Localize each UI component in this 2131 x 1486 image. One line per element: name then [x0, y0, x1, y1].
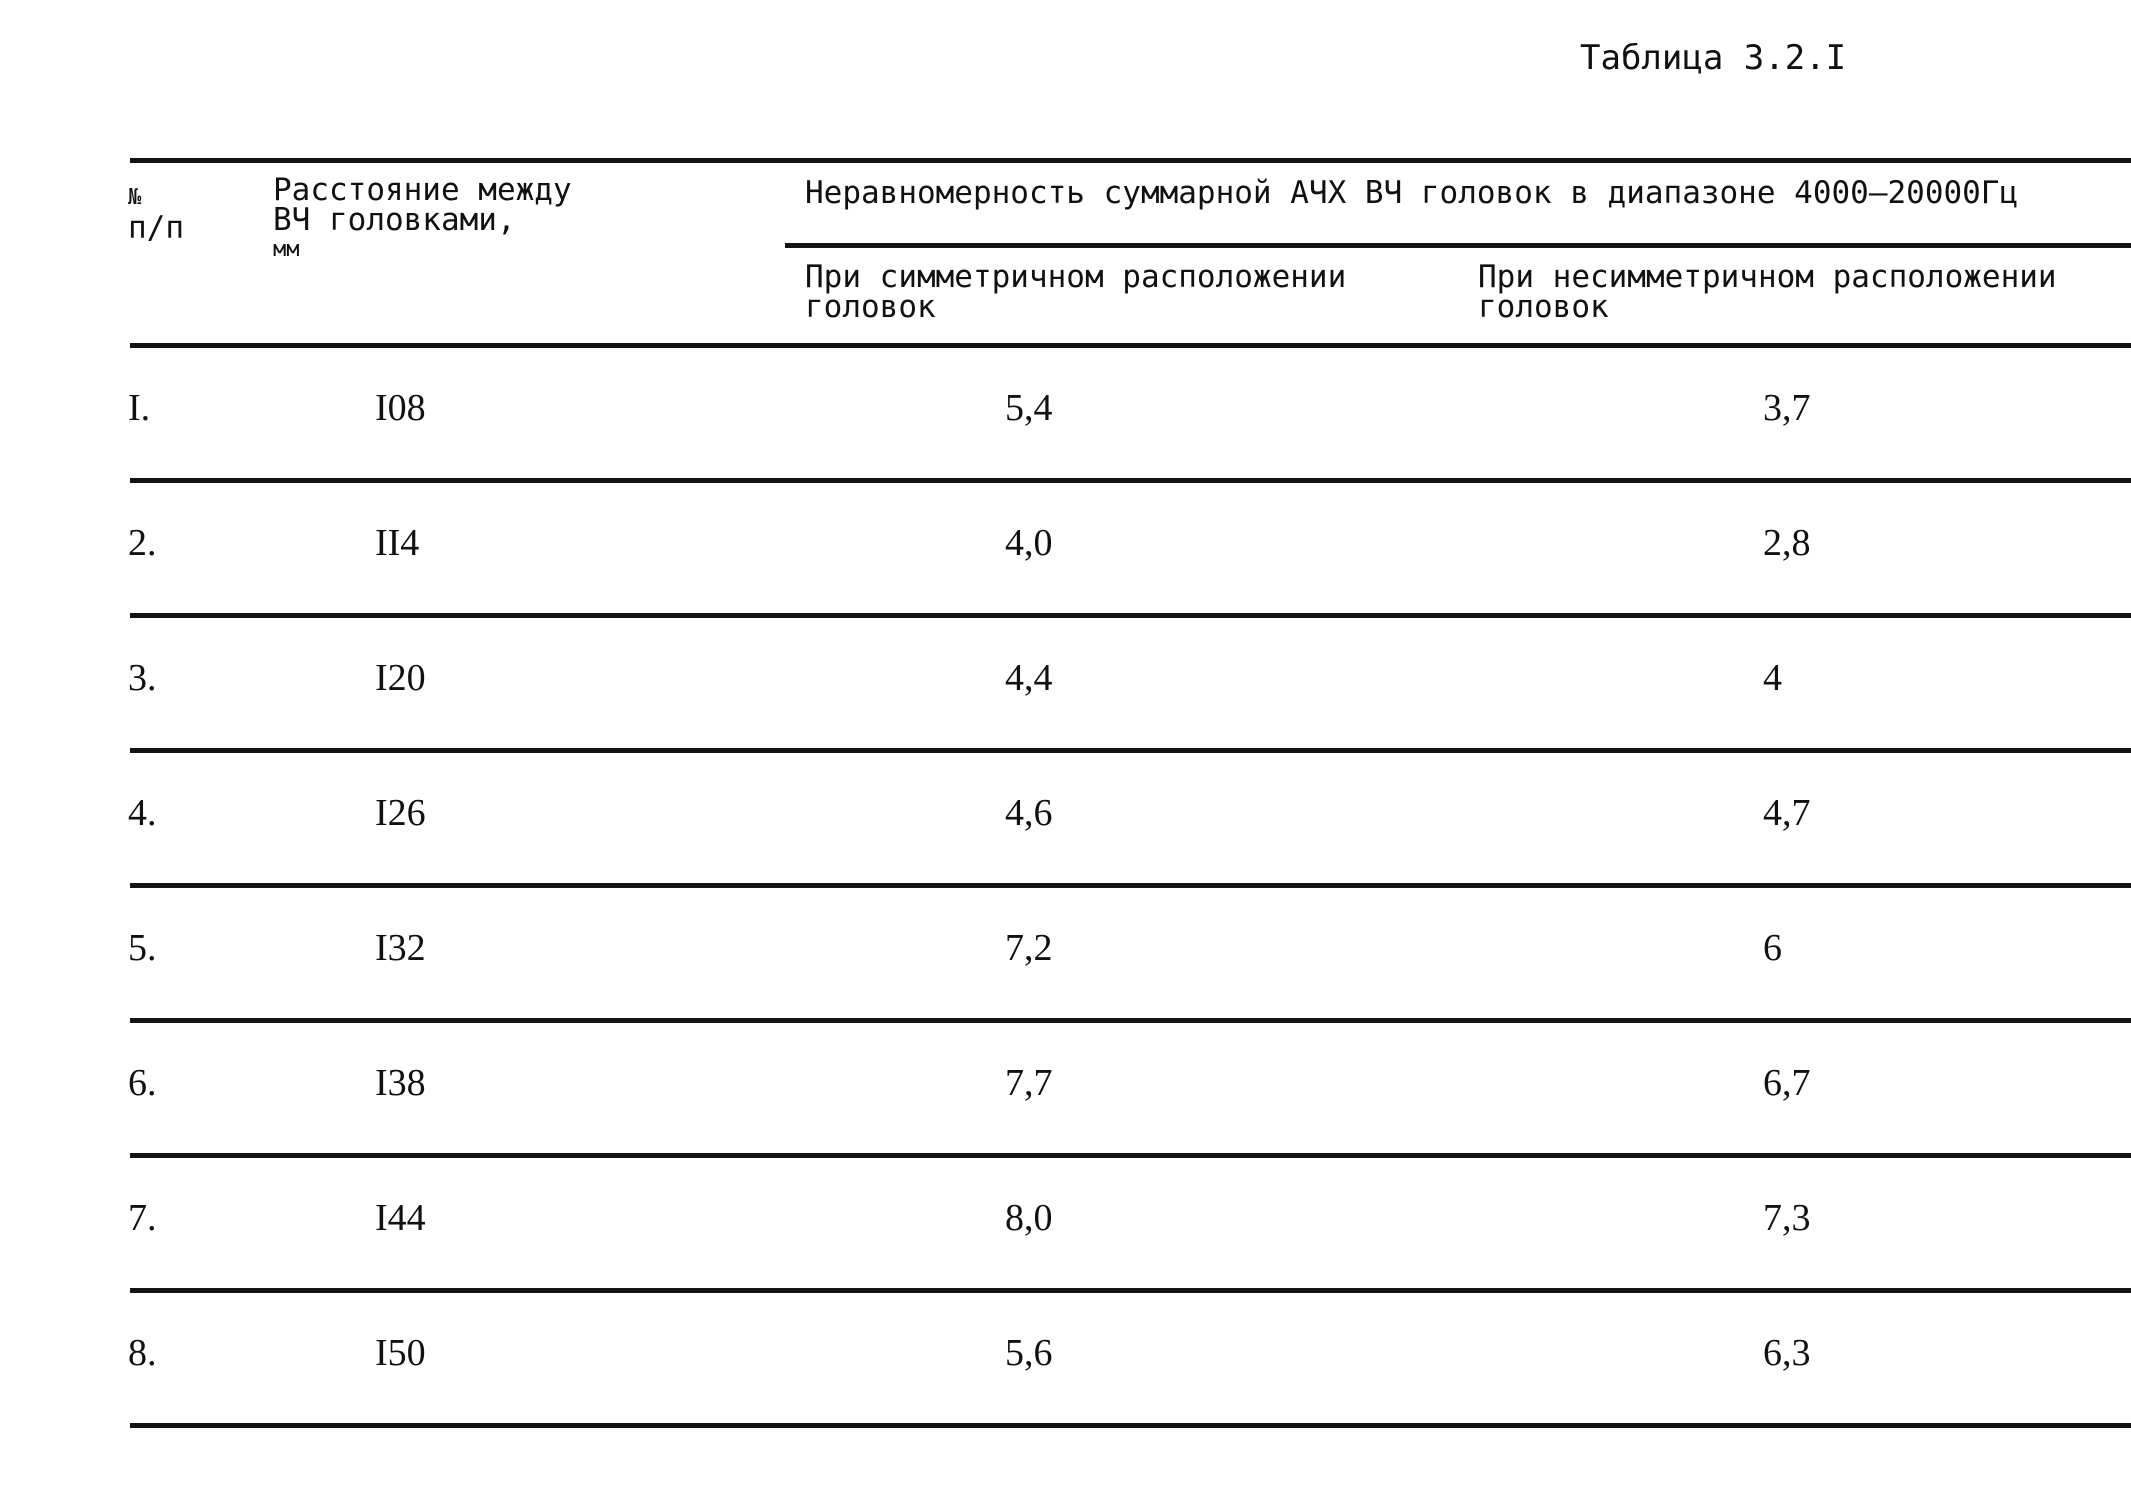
- header-index: № п/п: [128, 183, 184, 243]
- row-asymmetric-value: 6: [1763, 926, 1782, 970]
- row-asymmetric-value: 3,7: [1763, 386, 1811, 430]
- number-sign: №: [128, 183, 184, 213]
- row-distance: I26: [375, 791, 426, 835]
- header-group: Неравномерность суммарной АЧХ ВЧ головок…: [805, 178, 2018, 208]
- row-asymmetric-value: 7,3: [1763, 1196, 1811, 1240]
- row-distance: I08: [375, 386, 426, 430]
- row-distance: I20: [375, 656, 426, 700]
- row-index: 8.: [128, 1331, 157, 1375]
- table-caption: Таблица 3.2.I: [1580, 38, 1846, 78]
- row-symmetric-value: 5,4: [1005, 386, 1053, 430]
- row-distance: II4: [375, 521, 419, 565]
- header-distance-unit: мм: [273, 235, 572, 265]
- row-asymmetric-value: 2,8: [1763, 521, 1811, 565]
- row-index: 3.: [128, 656, 157, 700]
- row-asymmetric-value: 4: [1763, 656, 1782, 700]
- header-subgroup-rule: [785, 243, 2131, 248]
- row-rule: [130, 478, 2131, 483]
- row-index: 4.: [128, 791, 157, 835]
- header-asymmetric: При несимметричном расположении головок: [1478, 262, 2057, 322]
- row-rule: [130, 613, 2131, 618]
- row-rule: [130, 1153, 2131, 1158]
- header-symmetric-line1: При симметричном расположении: [805, 262, 1346, 292]
- row-index: I.: [128, 386, 150, 430]
- row-distance: I44: [375, 1196, 426, 1240]
- header-distance-line1: Расстояние между: [273, 175, 572, 205]
- row-index: 5.: [128, 926, 157, 970]
- table-top-rule: [130, 158, 2131, 163]
- row-symmetric-value: 4,0: [1005, 521, 1053, 565]
- header-distance: Расстояние между ВЧ головками, мм: [273, 175, 572, 265]
- row-symmetric-value: 8,0: [1005, 1196, 1053, 1240]
- row-symmetric-value: 7,7: [1005, 1061, 1053, 1105]
- row-rule: [130, 1423, 2131, 1428]
- header-symmetric-line2: головок: [805, 292, 1346, 322]
- row-distance: I50: [375, 1331, 426, 1375]
- header-symmetric: При симметричном расположении головок: [805, 262, 1346, 322]
- row-index: 7.: [128, 1196, 157, 1240]
- header-asymmetric-line2: головок: [1478, 292, 2057, 322]
- header-asymmetric-line1: При несимметричном расположении: [1478, 262, 2057, 292]
- row-symmetric-value: 4,6: [1005, 791, 1053, 835]
- header-index-pp: п/п: [128, 213, 184, 243]
- row-asymmetric-value: 6,7: [1763, 1061, 1811, 1105]
- row-symmetric-value: 5,6: [1005, 1331, 1053, 1375]
- row-distance: I38: [375, 1061, 426, 1105]
- row-rule: [130, 883, 2131, 888]
- row-symmetric-value: 7,2: [1005, 926, 1053, 970]
- row-asymmetric-value: 6,3: [1763, 1331, 1811, 1375]
- row-rule: [130, 1288, 2131, 1293]
- header-distance-line2: ВЧ головками,: [273, 205, 572, 235]
- row-distance: I32: [375, 926, 426, 970]
- row-rule: [130, 1018, 2131, 1023]
- row-index: 6.: [128, 1061, 157, 1105]
- row-index: 2.: [128, 521, 157, 565]
- row-asymmetric-value: 4,7: [1763, 791, 1811, 835]
- row-rule: [130, 748, 2131, 753]
- header-bottom-rule: [130, 343, 2131, 348]
- row-symmetric-value: 4,4: [1005, 656, 1053, 700]
